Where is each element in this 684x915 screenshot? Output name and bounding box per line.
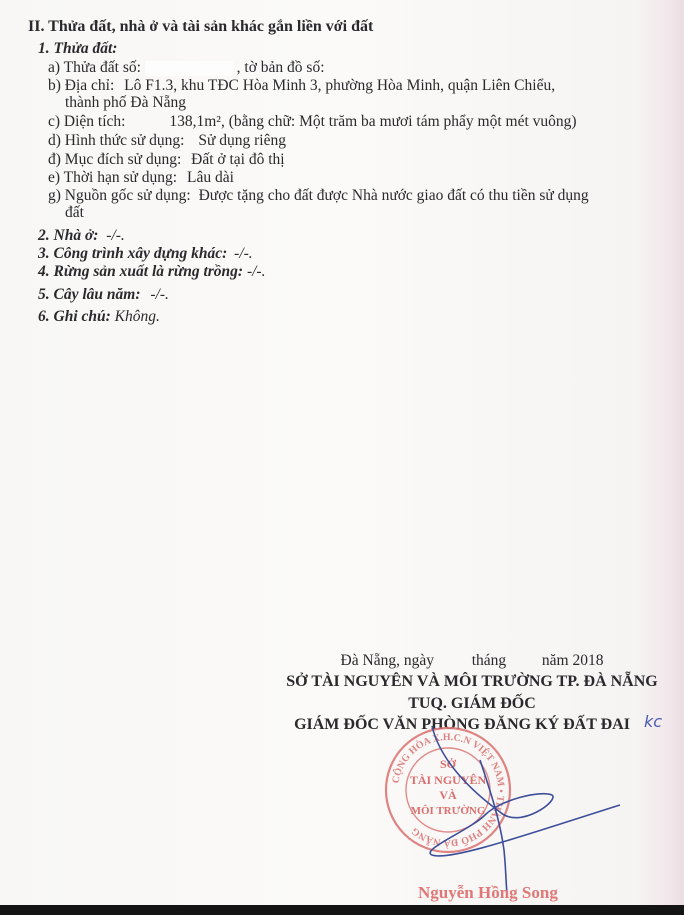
document-page: II. Thửa đất, nhà ở và tài sản khác gắn … [0, 0, 684, 905]
signer-name: Nguyễn Hồng Song [418, 883, 558, 903]
handwritten-signature [0, 0, 684, 905]
bottom-edge [0, 905, 684, 915]
